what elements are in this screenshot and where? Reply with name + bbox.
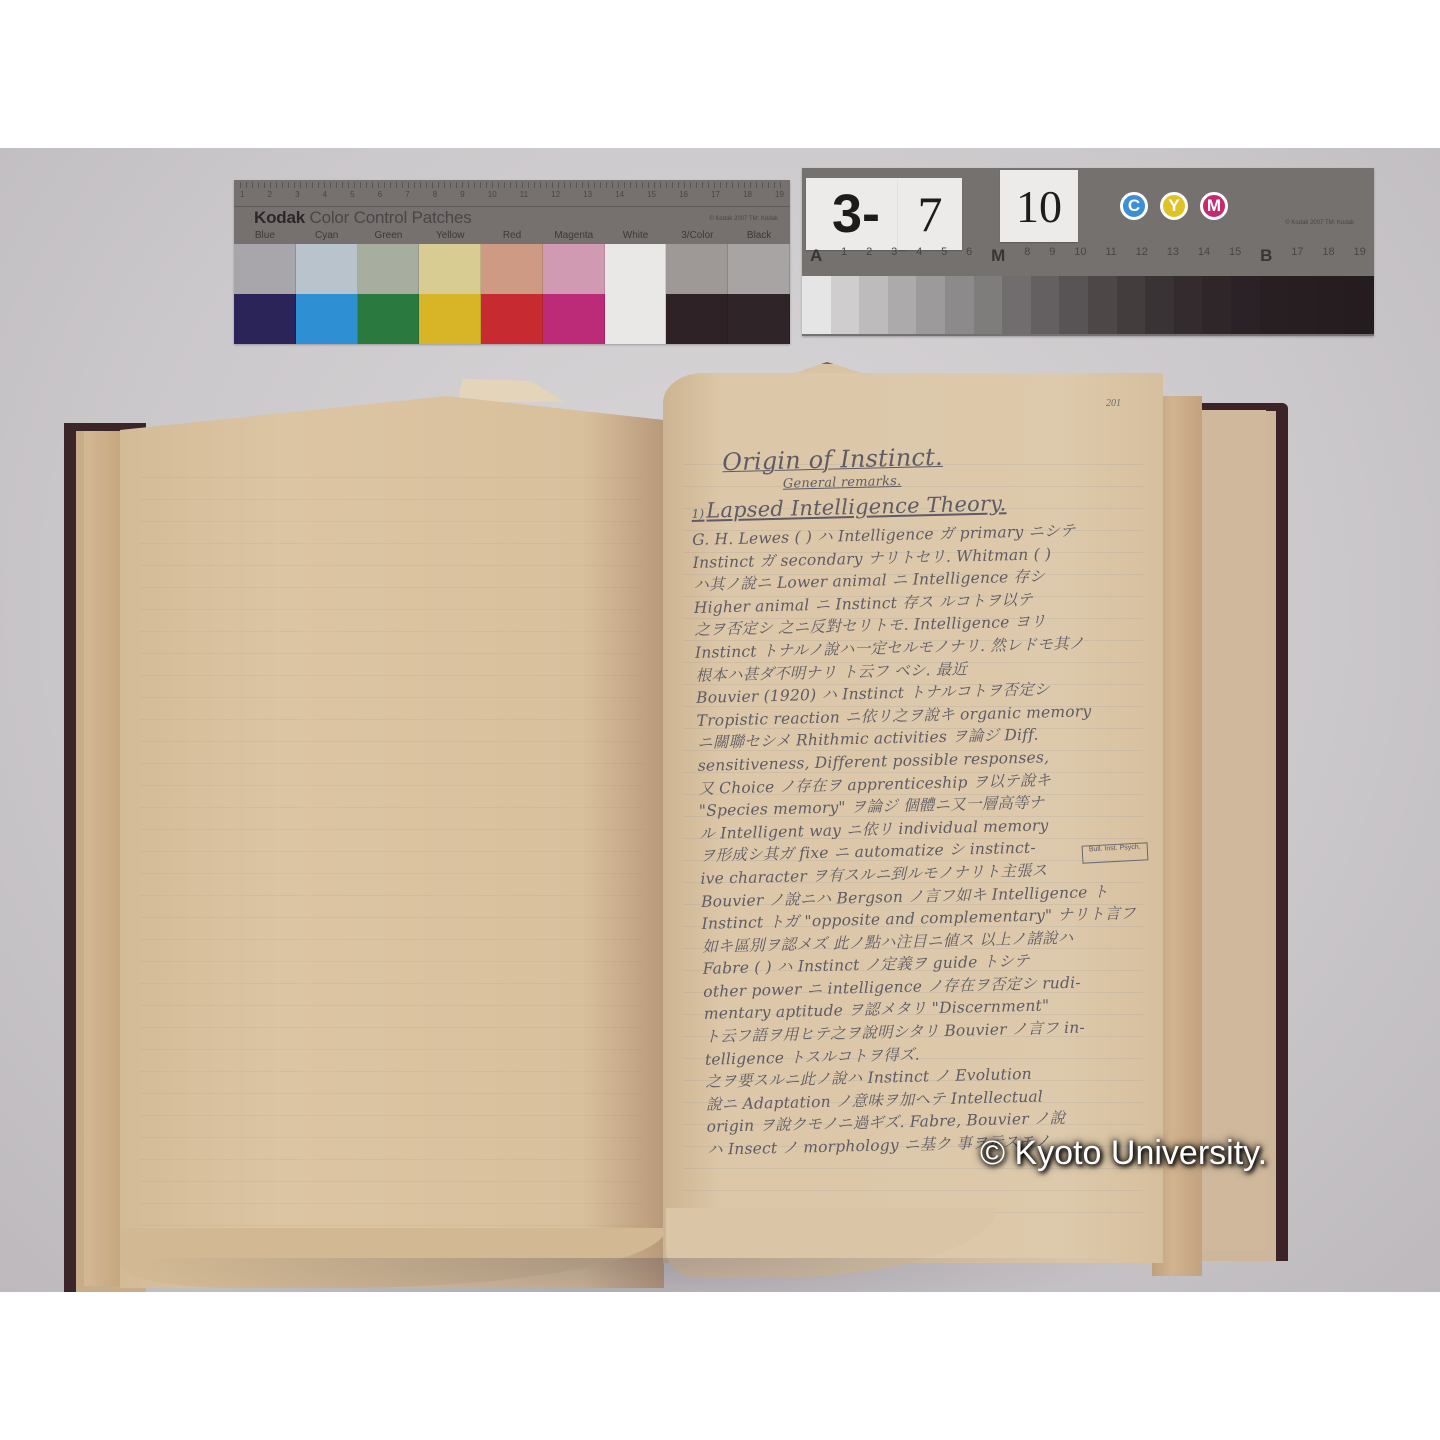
left-page-tabs	[456, 376, 564, 402]
book-shadow	[130, 1258, 1130, 1292]
section-title-text: Lapsed Intelligence Theory.	[706, 491, 1007, 522]
right-cover-inner	[1196, 410, 1266, 1250]
left-page-blank	[120, 396, 664, 1288]
handwritten-lines: G. H. Lewes ( ) ハ Intelligence ガ primary…	[692, 518, 1157, 1161]
section-number: 1)	[691, 507, 704, 521]
handwritten-text: Origin of Instinct. General remarks. 1)L…	[690, 437, 1157, 1161]
open-notebook: 201 Origin of Instinct. General remarks.…	[0, 148, 1440, 1292]
page-number: 201	[1106, 398, 1121, 409]
margin-box-note: Bull. Inst. Psych.	[1082, 842, 1149, 863]
photograph: 12345678910111213141516171819 Kodak Colo…	[0, 148, 1440, 1292]
copyright-watermark: © Kyoto University.	[980, 1134, 1267, 1173]
ruled-lines	[140, 456, 644, 1258]
